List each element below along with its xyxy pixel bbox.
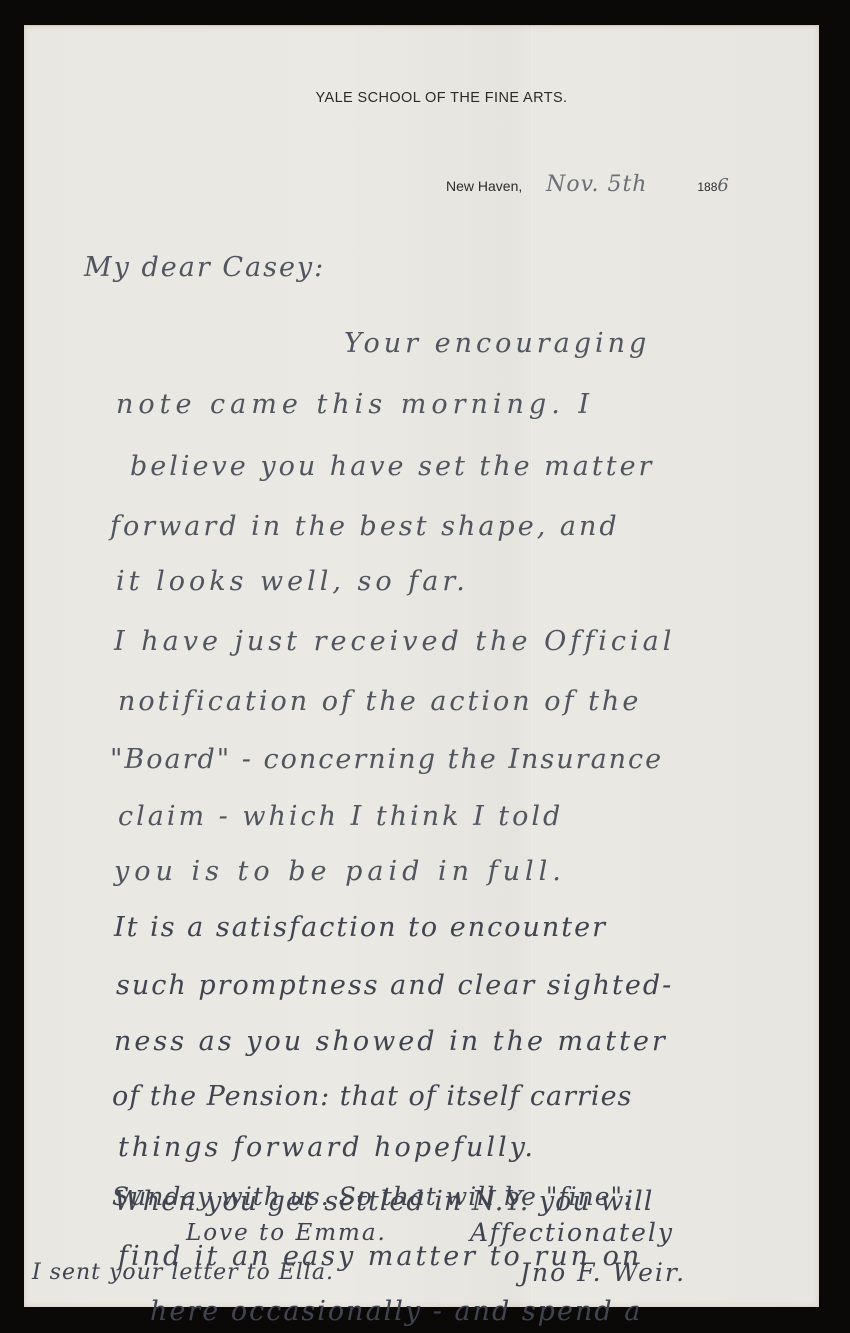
handwritten-year-digit: 6: [717, 175, 728, 196]
letter-line: you is to be paid in full.: [114, 856, 566, 887]
letter-line: note came this morning. I: [116, 389, 594, 420]
letter-line: it looks well, so far.: [116, 566, 469, 597]
letter-line-sunday: Sunday with us. So that will be "fine".: [112, 1182, 632, 1211]
letter-line: forward in the best shape, and: [110, 511, 620, 542]
letter-line: Your encouraging: [344, 328, 650, 359]
letterhead-institution: YALE SCHOOL OF THE FINE ARTS.: [24, 90, 819, 106]
closing-note: Love to Emma.: [186, 1220, 387, 1246]
printed-place: New Haven,: [446, 178, 522, 194]
letter-line: of the Pension: that of itself carries: [112, 1081, 632, 1112]
letter-line: things forward hopefully.: [118, 1132, 536, 1163]
signature: Jno F. Weir.: [520, 1258, 686, 1287]
handwritten-date: Nov. 5th: [546, 172, 647, 197]
letter-line: here occasionally - and spend a: [150, 1296, 642, 1327]
letter-line: such promptness and clear sighted-: [116, 970, 673, 1001]
letter-line: It is a satisfaction to encounter: [114, 912, 607, 943]
archival-scan: YALE SCHOOL OF THE FINE ARTS. New Haven,…: [0, 0, 850, 1333]
letter-line: ness as you showed in the matter: [114, 1026, 668, 1057]
letter-line: believe you have set the matter: [130, 451, 654, 482]
letter-line: "Board" - concerning the Insurance: [110, 744, 663, 775]
letter-sheet: YALE SCHOOL OF THE FINE ARTS. New Haven,…: [24, 25, 819, 1307]
paper-fold-line: [530, 26, 532, 1307]
postscript: I sent your letter to Ella.: [32, 1260, 334, 1285]
salutation: My dear Casey:: [84, 252, 325, 283]
printed-year-prefix: 188: [697, 180, 717, 194]
letter-line: I have just received the Official: [114, 626, 675, 657]
dateline: New Haven, Nov. 5th 1886: [446, 172, 729, 197]
letter-line: notification of the action of the: [118, 686, 641, 717]
letter-line: claim - which I think I told: [118, 801, 563, 832]
closing-phrase: Affectionately: [470, 1218, 674, 1247]
